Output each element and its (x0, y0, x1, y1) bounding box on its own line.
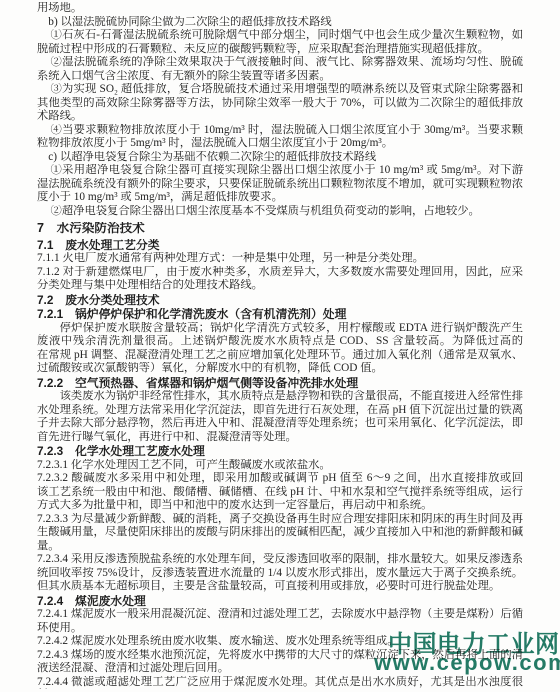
text-line: ②超净电袋复合除尘器出口烟尘浓度基本不受煤质与机组负荷变动的影响，占地较少。 (37, 205, 523, 219)
section-heading: 7.1 废水处理工艺分类 (37, 239, 523, 253)
text-line: 术路线。 (37, 110, 523, 124)
text-line: 分类处理与集中处理相结合的处理技术路线。 (37, 279, 523, 293)
text-line: 7.1.2 对于新建燃煤电厂，由于废水种类多，水质差异大，大多数废水需要处理回用… (37, 266, 523, 280)
text-line: 液送经混凝、澄清和过滤处理后回用。 (37, 662, 523, 676)
text-line: 粒物排放浓度小于 5mg/m³ 时，湿法脱硫入口烟尘浓度宜小于 20mg/m³。 (37, 137, 523, 151)
text-line: c) 以超净电袋复合除尘为基础不依赖二次除尘的超低排放技术路线 (37, 151, 523, 165)
section-heading: 7 水污染防治技术 (37, 222, 523, 236)
text-line: 7.2.4.4 微滤或超滤处理工艺广泛应用于煤泥废水处理。其优点是出水水质好，尤… (37, 676, 523, 690)
document-page: 用场地。b) 以湿法脱硫协同除尘做为二次除尘的超低排放技术路线①石灰石-石膏湿法… (0, 0, 560, 692)
text-line: 度小于 10 mg/m³ 或 5mg/m³，满足超低排放要求。 (37, 191, 523, 205)
text-line: ④当要求颗粒物排放浓度小于 10mg/m³ 时，湿法脱硫入口烟尘浓度宜小于 30… (37, 124, 523, 138)
text-line: 废液中残余清洗剂量很高。上述锅炉酸洗废水水质特点是 COD、SS 含量较高。为降… (37, 335, 523, 349)
text-line: 7.2.3.3 为尽量减少新鲜酸、碱的消耗，离子交换设备再生时应合理安排阳床和阴… (37, 513, 523, 527)
text-line: 量。 (37, 540, 523, 554)
text-line: 用场地。 (37, 2, 523, 16)
text-line: 系统入口烟气含尘浓度、有无额外的除尘装置等诸多因素。 (37, 70, 523, 84)
text-line: 停炉保护废水联胺含量较高；锅炉化学清洗方式较多，用柠檬酸或 EDTA 进行锅炉酸… (37, 322, 523, 336)
section-heading: 7.2 废水分类处理技术 (37, 294, 523, 308)
text-line: 7.2.3.2 酸碱废水多采用中和处理，即采用加酸或碱调节 pH 值至 6～9 … (37, 472, 523, 486)
text-line: 子并去除大部分悬浮物，然后再进入中和、混凝澄清等处理系统；也可采用氧化、化学沉淀… (37, 417, 523, 431)
text-line: 7.2.4.2 煤泥废水处理系统由废水收集、废水输送、废水处理系统等组成。 (37, 635, 523, 649)
text-line: ③为实现 SO₂ 超低排放，复合塔脱硫技术通过采用增强型的喷淋系统以及管束式除尘… (37, 83, 523, 97)
text-line: 该工艺系统一般由中和池、酸储槽、碱储槽、在线 pH 计、中和水泵和空气搅拌系统等… (37, 486, 523, 500)
text-line: 其他类型的高效除尘除雾器等方法，协同除尘效率一般大于 70%，可以做为二次除尘的… (37, 97, 523, 111)
section-heading: 7.2.4 煤泥废水处理 (37, 595, 523, 609)
text-line: 在常规 pH 调整、混凝澄清处理工艺之前应增加氧化处理环节。通过加入氧化剂（通常… (37, 349, 523, 363)
text-line: 过硫酸铵或次氯酸钠等）氧化，分解废水中的有机物，降低 COD 值。 (37, 362, 523, 376)
text-line: 统回收率按 75%设计，反渗透装置进水流量的 1/4 以废水形式排出，废水量远大… (37, 567, 523, 581)
text-line: 7.2.3.1 化学水处理因工艺不同，可产生酸碱废水或浓盐水。 (37, 459, 523, 473)
section-heading: 7.2.1 锅炉停炉保护和化学清洗废水（含有机清洗剂）处理 (37, 308, 523, 322)
text-line: 7.2.4.3 煤场的废水经集水池预沉淀，先将废水中携带的大尺寸的煤粒沉淀下来，… (37, 649, 523, 663)
section-heading: 7.2.2 空气预热器、省煤器和锅炉烟气侧等设备冲洗排水处理 (37, 377, 523, 391)
text-line: 7.1.1 火电厂废水通常有两种处理方式：一种是集中处理，另一种是分类处理。 (37, 252, 523, 266)
text-line: ①石灰石-石膏湿法脱硫系统可脱除烟气中部分烟尘，同时烟气中也会生成少量次生颗粒物… (37, 29, 523, 43)
text-line: 生酸碱用量，尽量使阳床排出的废酸与阴床排出的废碱相匹配，减少直接加入中和池的新鲜… (37, 526, 523, 540)
text-line: 环使用。 (37, 622, 523, 636)
text-line: ②湿法脱硫系统的净除尘效果取决于气液接触时间、液气比、除雾器效果、流场均匀性、脱… (37, 56, 523, 70)
text-line: b) 以湿法脱硫协同除尘做为二次除尘的超低排放技术路线 (37, 16, 523, 30)
text-line: 该类废水为锅炉非经常性排水，其水质特点是悬浮物和铁的含量很高，不能直接进入经常性… (37, 390, 523, 404)
document-body: 用场地。b) 以湿法脱硫协同除尘做为二次除尘的超低排放技术路线①石灰石-石膏湿法… (37, 2, 523, 689)
text-line: 脱硫过程中形成的石膏颗粒、未反应的碳酸钙颗粒等，应采取配套治理措施实现超低排放。 (37, 43, 523, 57)
text-line: 7.2.3.4 采用反渗透预脱盐系统的水处理车间，受反渗透回收率的限制，排水量较… (37, 553, 523, 567)
text-line: 湿法脱硫系统没有额外的除尘要求，只要保证脱硫系统出口颗粒物浓度不增加，就可实现颗… (37, 178, 523, 192)
text-line: 但其水质基本无超标项目，主要是含盐量较高，可直接利用或排放，必要时可进行脱盐处理… (37, 580, 523, 594)
text-line: 方式大多为批量中和，即当中和池中的废水达到一定容量后，再启动中和系统。 (37, 499, 523, 513)
text-line: 7.2.4.1 煤泥废水一般采用混凝沉淀、澄清和过滤处理工艺，去除废水中悬浮物（… (37, 608, 523, 622)
text-line: ①采用超净电袋复合除尘器可直接实现除尘器出口烟尘浓度小于 10 mg/m³ 或 … (37, 164, 523, 178)
text-line: 水处理系统。处理方法常采用化学沉淀法，即首先进行石灰处理，在高 pH 值下沉淀出… (37, 404, 523, 418)
section-heading: 7.2.3 化学水处理工艺废水处理 (37, 445, 523, 459)
text-line: 首先进行曝气氧化，再进行中和、混凝澄清等处理。 (37, 431, 523, 445)
